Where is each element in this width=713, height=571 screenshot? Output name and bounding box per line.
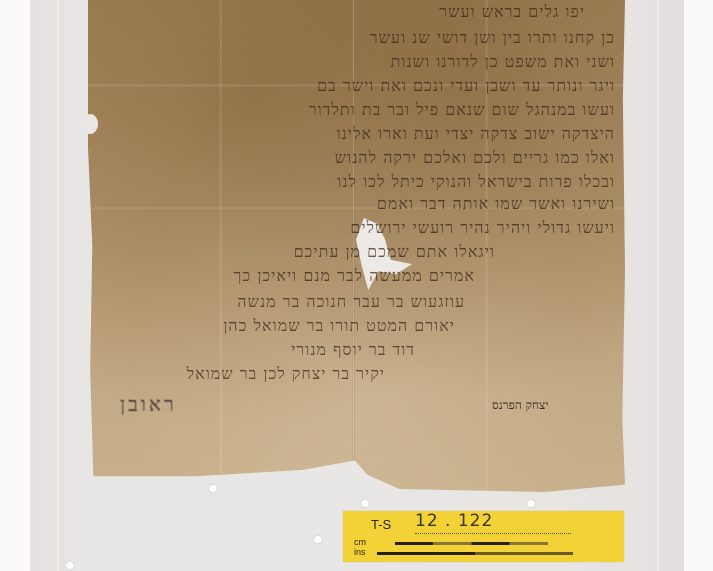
shelfmark-number: 12 . 122	[415, 511, 493, 531]
text-line: ואלו כמו גריים ולכם ואלכם ירקה להנוש	[335, 148, 615, 168]
mount-pin-dot	[314, 536, 322, 543]
mount-pin-dot	[527, 500, 535, 507]
leaf-edge-damage	[82, 114, 98, 134]
scale-cm-label: cm	[354, 537, 366, 547]
background-right	[684, 0, 713, 571]
text-line: ושירנו ואשר שמו אותה דבר ואמם	[377, 194, 615, 214]
text-line: ויגאלו אתם שמכם מן עתיכם	[294, 242, 495, 262]
signature-right: יצחק הפרנס	[492, 398, 549, 413]
background-left	[0, 0, 30, 571]
mount-edge-line-left	[57, 0, 59, 571]
text-line: ויגר ונותר עד ושבן ועדי ונכם ואת וישר בם	[317, 76, 615, 96]
mount-pin-dot	[66, 562, 74, 569]
collection-code: T-S	[371, 517, 391, 532]
text-line: ועשו במנהגל שום שנאם פיל ובר בת ותלדור	[309, 100, 615, 120]
scale-bar-cm	[395, 542, 548, 545]
dotted-line	[415, 533, 571, 534]
mount-pin-dot	[361, 500, 369, 507]
shelfmark-label: T-S 12 . 122 cm ins	[343, 511, 624, 562]
text-line: עוזגעוש בר עבר חנוכה בר מנשה	[237, 292, 465, 312]
text-line: יאורם המטט תורו בר שמואל כהן	[223, 316, 455, 336]
text-line: דוד בר יוסף מנורי	[291, 340, 415, 360]
mount-edge-line-right	[657, 0, 659, 571]
scale-ins-label: ins	[354, 547, 366, 557]
text-line: אמרים ממעשה לבר מנם ויאיכן כך	[234, 266, 476, 286]
scale-bar-ins	[377, 552, 573, 555]
text-line: ושני ואת משפט כן לדורנו ושנות	[391, 52, 615, 72]
signature-left: ראובן	[120, 392, 177, 417]
text-line: כן קחנו ותרו בין ושן דושי שנ ועשר	[370, 28, 615, 48]
mount-pin-dot	[209, 485, 217, 492]
manuscript-photo: יפו גלים בראש ועשר כן קחנו ותרו בין ושן …	[0, 0, 713, 571]
text-line: ויעשו גדולי ויהיר נהיר רועשי ירושלים	[350, 218, 615, 238]
text-line: יפו גלים בראש ועשר	[439, 2, 585, 22]
text-line: ובכלו פרות בישראל והנוקי כיתל לכו לנו	[337, 172, 615, 192]
text-line: יקיר בר יצחק לכן בר שמואל	[187, 364, 385, 384]
text-line: היצדקה ישוב צדקה יצדי ועת וארו אלינו	[336, 124, 615, 144]
